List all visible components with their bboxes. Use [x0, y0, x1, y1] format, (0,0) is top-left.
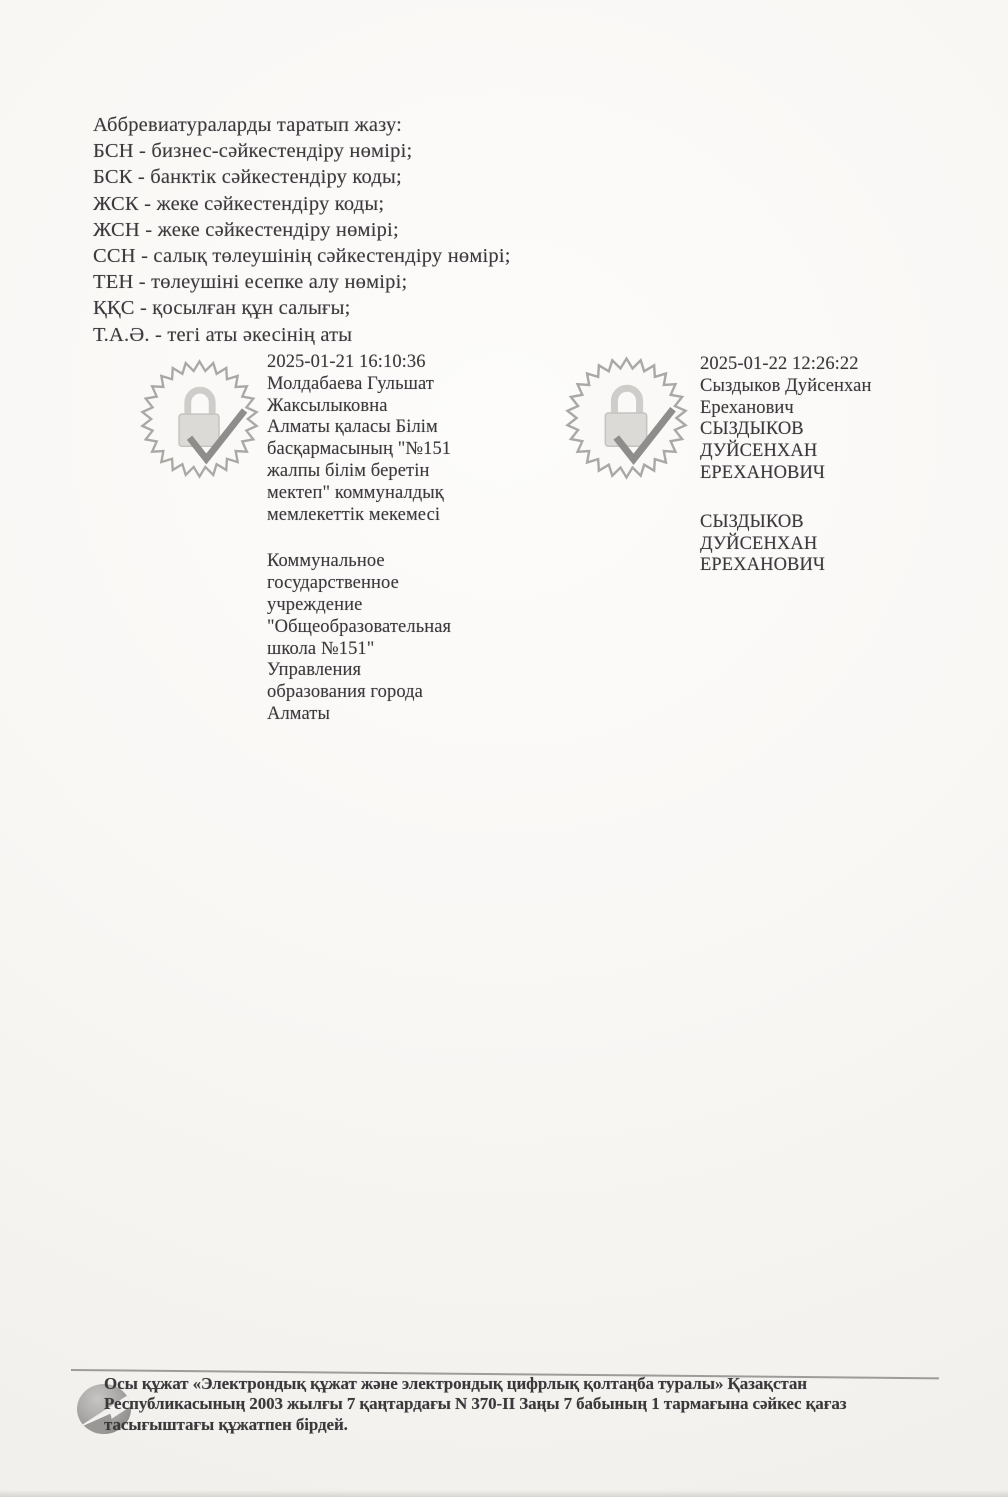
signature-timestamp: 2025-01-22 12:26:22 — [700, 354, 882, 376]
signature-block-left: 2025-01-21 16:10:36 Молдабаева Гульшат Ж… — [267, 352, 475, 726]
signature-block-right: 2025-01-22 12:26:22 Сыздыков Дуйсенхан Е… — [700, 354, 882, 577]
abbreviation-item: ССН - салық төлеушінің сәйкестендіру нөм… — [93, 243, 793, 269]
abbreviations-title: Аббревиатураларды таратып жазу: — [93, 112, 793, 138]
abbreviation-item: ЖСН - жеке сәйкестендіру нөмірі; — [93, 217, 793, 243]
signature-seal-lock-checkmark-icon — [564, 355, 689, 481]
abbreviation-item: ҚҚС - қосылған құн салығы; — [93, 295, 793, 321]
signer-name-caps-secondary: СЫЗДЫКОВ ДУЙСЕНХАН ЕРЕХАНОВИЧ — [700, 512, 872, 577]
abbreviation-item: БСК - банктік сәйкестендіру коды; — [93, 164, 793, 190]
signer-name: Молдабаева Гульшат Жаксылыковна — [267, 374, 475, 418]
abbreviation-item: Т.А.Ә. - тегі аты әкесінің аты — [93, 322, 793, 348]
footer-legal-text: Осы құжат «Электрондық құжат және электр… — [104, 1374, 910, 1435]
signature-timestamp: 2025-01-21 16:10:36 — [267, 352, 475, 374]
abbreviation-item: ЖСК - жеке сәйкестендіру коды; — [93, 191, 793, 217]
abbreviation-item: ТЕН - төлеушіні есепке алу нөмірі; — [93, 269, 793, 295]
signer-name-caps: СЫЗДЫКОВ ДУЙСЕНХАН ЕРЕХАНОВИЧ — [700, 419, 872, 484]
organization-name-ru: Коммунальное государственное учреждение … — [267, 551, 464, 725]
organization-name-kk: Алматы қаласы Білім басқармасының "№151 … — [267, 417, 475, 526]
document-page: Аббревиатураларды таратып жазу: БСН - би… — [0, 0, 1008, 1497]
abbreviation-item: БСН - бизнес-сәйкестендіру нөмірі; — [93, 138, 793, 164]
signer-name: Сыздыков Дуйсенхан Ереханович — [700, 376, 882, 420]
abbreviations-block: Аббревиатураларды таратып жазу: БСН - би… — [93, 112, 793, 348]
signature-seal-lock-checkmark-icon — [139, 354, 260, 484]
